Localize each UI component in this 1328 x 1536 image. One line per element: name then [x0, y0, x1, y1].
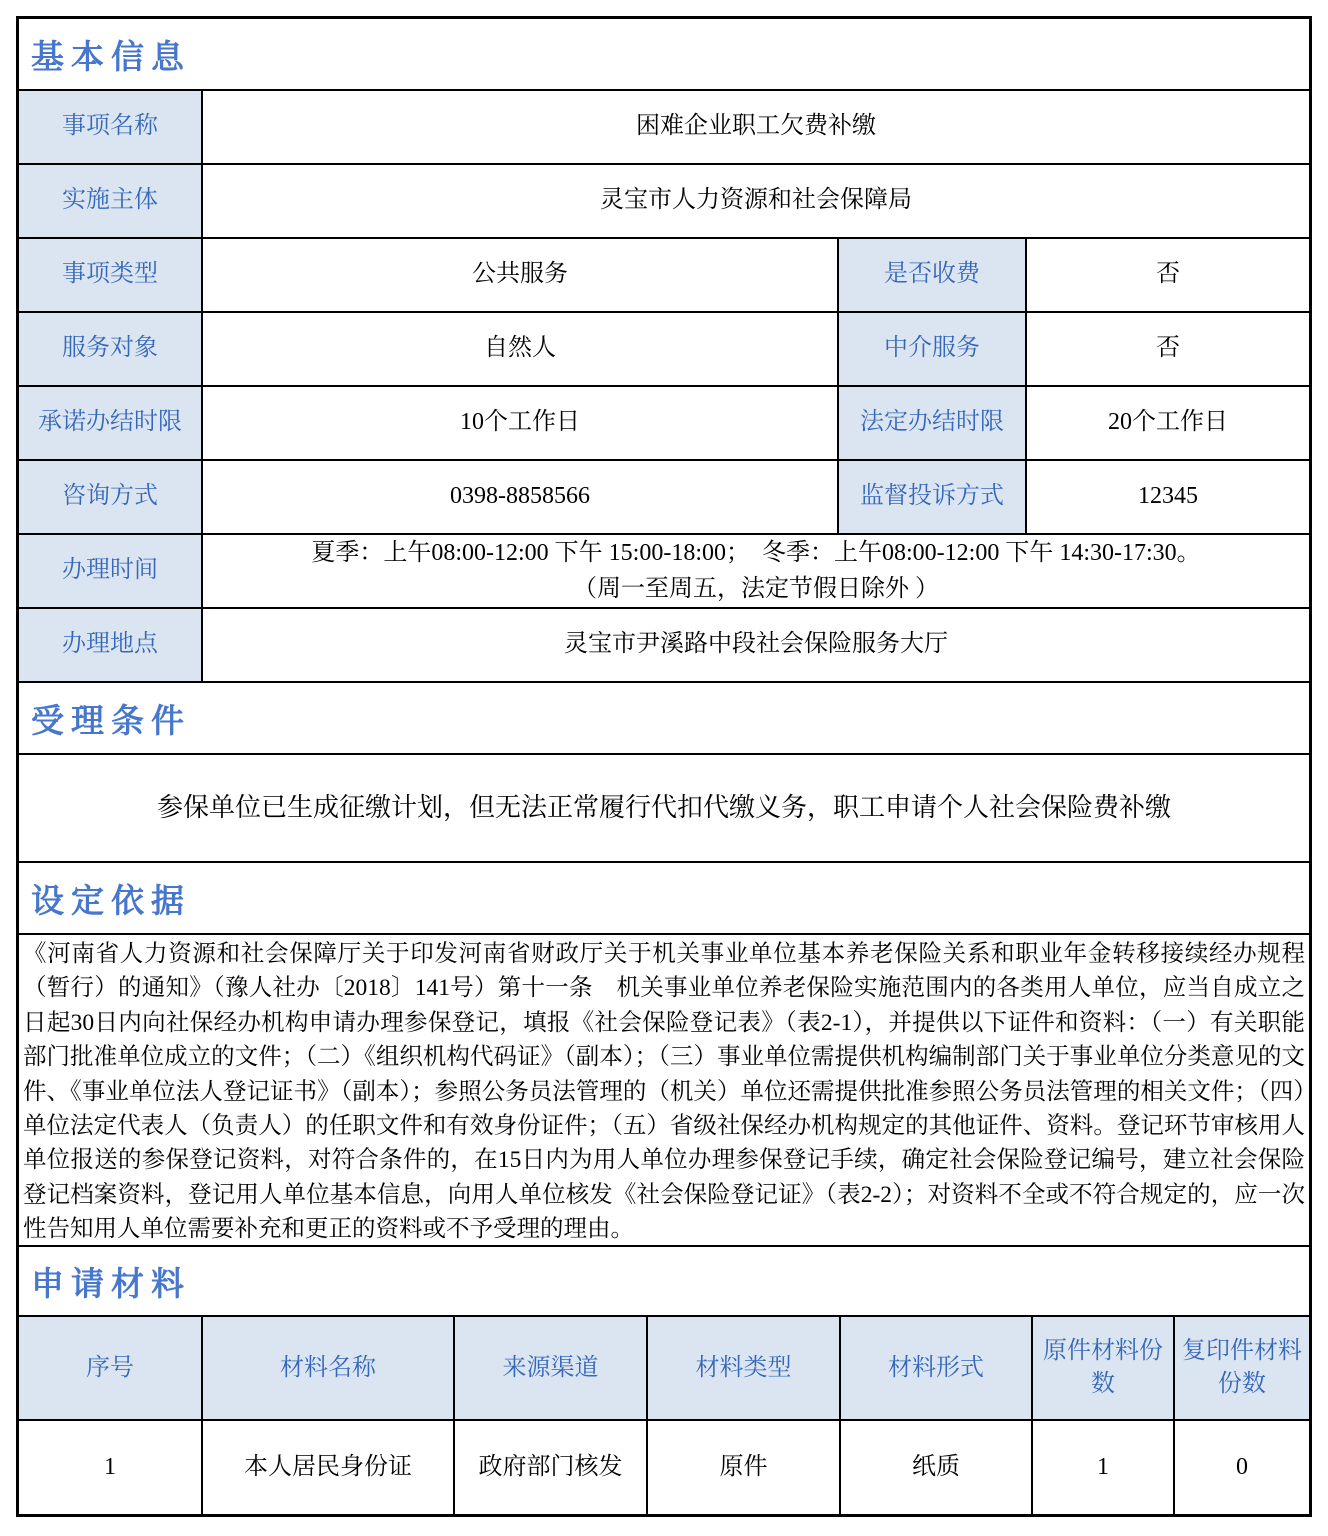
field-label: 是否收费: [839, 239, 1027, 311]
field-label: 事项类型: [19, 239, 203, 311]
info-row-item-type: 事项类型 公共服务 是否收费 否: [19, 239, 1309, 313]
material-no: 1: [19, 1421, 203, 1514]
field-value: 0398-8858566: [203, 461, 839, 533]
field-label: 中介服务: [839, 313, 1027, 385]
field-value: 困难企业职工欠费补缴: [203, 91, 1309, 163]
field-value: 20个工作日: [1027, 387, 1309, 459]
material-type: 原件: [648, 1421, 841, 1514]
acceptance-content: 参保单位已生成征缴计划，但无法正常履行代扣代缴义务，职工申请个人社会保险费补缴: [19, 755, 1309, 861]
info-row-item-name: 事项名称 困难企业职工欠费补缴: [19, 91, 1309, 165]
basis-content: 《河南省人力资源和社会保障厅关于印发河南省财政厅关于机关事业单位基本养老保险关系…: [19, 935, 1309, 1247]
column-header-material-type: 材料类型: [648, 1317, 841, 1419]
field-value: 公共服务: [203, 239, 839, 311]
material-original-copies: 1: [1033, 1421, 1175, 1514]
field-label: 承诺办结时限: [19, 387, 203, 459]
section-title-materials: 申请材料: [19, 1258, 191, 1305]
field-value: 自然人: [203, 313, 839, 385]
column-header-original-copies: 原件材料份数: [1033, 1317, 1175, 1419]
column-header-source-channel: 来源渠道: [455, 1317, 648, 1419]
info-row-promised-time-limit: 承诺办结时限 10个工作日 法定办结时限 20个工作日: [19, 387, 1309, 461]
field-value: 10个工作日: [203, 387, 839, 459]
info-row-office-location: 办理地点 灵宝市尹溪路中段社会保险服务大厅: [19, 609, 1309, 683]
acceptance-content-row: 参保单位已生成征缴计划，但无法正常履行代扣代缴义务，职工申请个人社会保险费补缴: [19, 755, 1309, 863]
materials-table-header: 序号 材料名称 来源渠道 材料类型 材料形式 原件材料份数 复印件材料份数: [19, 1317, 1309, 1421]
field-label: 实施主体: [19, 165, 203, 237]
field-label: 事项名称: [19, 91, 203, 163]
field-value: 否: [1027, 239, 1309, 311]
field-label: 办理地点: [19, 609, 203, 681]
page: { "theme": { "title_blue": "#4677cc", "l…: [0, 0, 1328, 1536]
material-source: 政府部门核发: [455, 1421, 648, 1514]
section-basis-header: 设定依据: [19, 863, 1309, 935]
field-label: 服务对象: [19, 313, 203, 385]
material-name: 本人居民身份证: [203, 1421, 455, 1514]
info-row-consultation: 咨询方式 0398-8858566 监督投诉方式 12345: [19, 461, 1309, 535]
section-basic-info-header: 基本信息: [19, 19, 1309, 91]
office-hours-line2: （周一至周五，法定节假日除外 ）: [573, 571, 939, 607]
field-label: 监督投诉方式: [839, 461, 1027, 533]
field-label: 法定办结时限: [839, 387, 1027, 459]
info-row-office-hours: 办理时间 夏季：上午08:00-12:00 下午 15:00-18:00； 冬季…: [19, 535, 1309, 609]
materials-table-row: 1 本人居民身份证 政府部门核发 原件 纸质 1 0: [19, 1421, 1309, 1514]
section-title-basis: 设定依据: [19, 875, 191, 922]
column-header-photocopies: 复印件材料份数: [1175, 1317, 1309, 1419]
field-value: 灵宝市尹溪路中段社会保险服务大厅: [203, 609, 1309, 681]
field-label: 办理时间: [19, 535, 203, 607]
column-header-no: 序号: [19, 1317, 203, 1419]
office-hours-line1: 夏季：上午08:00-12:00 下午 15:00-18:00； 冬季：上午08…: [311, 535, 1200, 571]
basis-content-row: 《河南省人力资源和社会保障厅关于印发河南省财政厅关于机关事业单位基本养老保险关系…: [19, 935, 1309, 1247]
field-label: 咨询方式: [19, 461, 203, 533]
section-acceptance-header: 受理条件: [19, 683, 1309, 755]
field-value: 夏季：上午08:00-12:00 下午 15:00-18:00； 冬季：上午08…: [203, 535, 1309, 607]
section-title-acceptance: 受理条件: [19, 695, 191, 742]
section-materials-header: 申请材料: [19, 1247, 1309, 1317]
field-value: 否: [1027, 313, 1309, 385]
info-row-service-target: 服务对象 自然人 中介服务 否: [19, 313, 1309, 387]
column-header-material-name: 材料名称: [203, 1317, 455, 1419]
section-title-basic-info: 基本信息: [19, 31, 191, 78]
service-info-sheet: 基本信息 事项名称 困难企业职工欠费补缴 实施主体 灵宝市人力资源和社会保障局 …: [16, 16, 1312, 1517]
material-form: 纸质: [841, 1421, 1033, 1514]
column-header-material-form: 材料形式: [841, 1317, 1033, 1419]
field-value: 12345: [1027, 461, 1309, 533]
material-photocopies: 0: [1175, 1421, 1309, 1514]
info-row-implementing-body: 实施主体 灵宝市人力资源和社会保障局: [19, 165, 1309, 239]
field-value: 灵宝市人力资源和社会保障局: [203, 165, 1309, 237]
